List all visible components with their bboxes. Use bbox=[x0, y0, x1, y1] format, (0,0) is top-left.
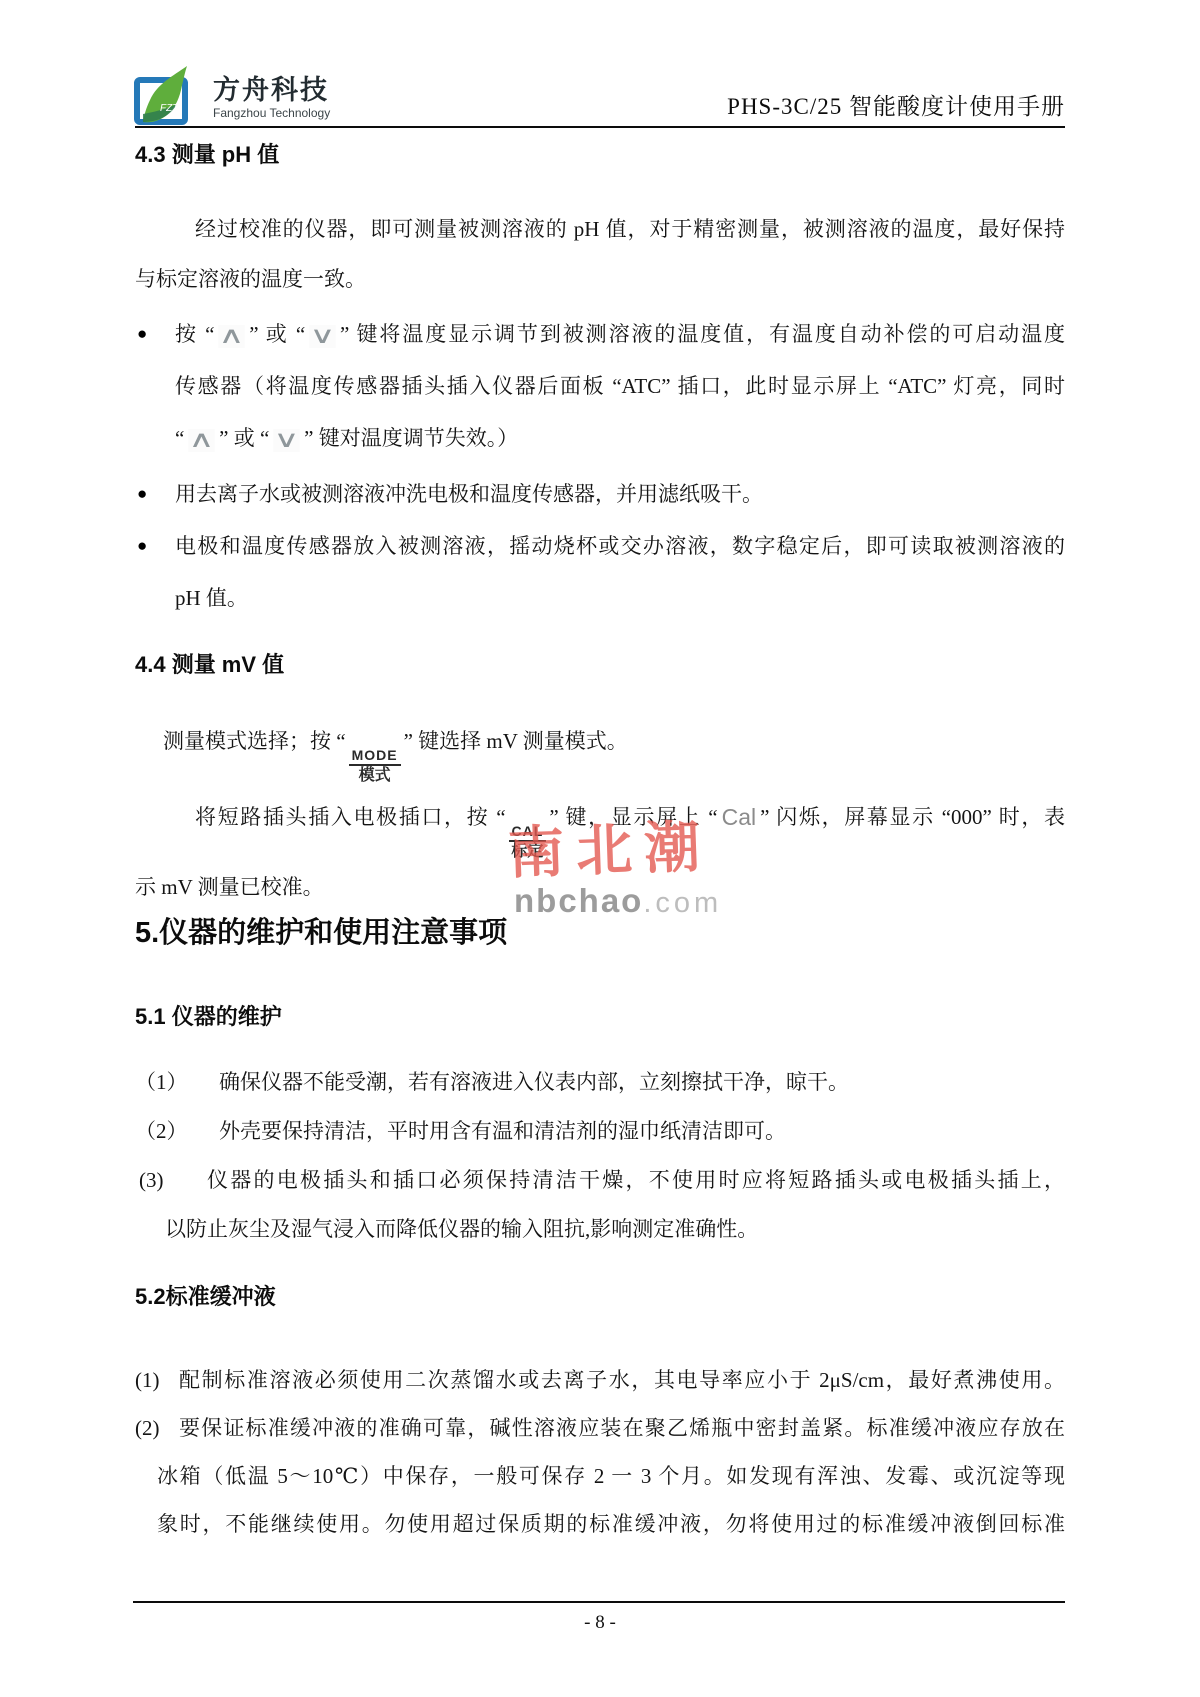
item-text: 要保证标准缓冲液的准确可靠，碱性溶液应装在聚乙烯瓶中密封盖紧。标准缓冲液应存放在 bbox=[179, 1404, 1065, 1452]
section-4-3-heading: 4.3 测量 pH 值 bbox=[135, 138, 279, 169]
item-number: （2） bbox=[135, 1107, 219, 1156]
paragraph-text: ” 键选择 mV 测量模式。 bbox=[404, 729, 628, 753]
numbered-item: （2） 外壳要保持清洁，平时用含有温和清洁剂的湿巾纸清洁即可。 bbox=[135, 1107, 1065, 1156]
bullet-item: ● 用去离子水或被测溶液冲洗电极和温度传感器，并用滤纸吸干。 bbox=[135, 468, 1065, 520]
bullet-text: ” 或 “ bbox=[219, 426, 269, 450]
logo-leaf-icon: FZT bbox=[133, 64, 205, 134]
logo-company-subtitle: Fangzhou Technology bbox=[213, 106, 330, 120]
item-text: 以防止灰尘及湿气浸入而降低仪器的输入阻抗,影响测定准确性。 bbox=[135, 1205, 1065, 1254]
item-number: (2) bbox=[135, 1404, 179, 1452]
bullet-item: ● 电极和温度传感器放入被测溶液，摇动烧杯或交办溶液，数字稳定后，即可读取被测溶… bbox=[135, 520, 1065, 624]
section-5-heading: 5.仪器的维护和使用注意事项 bbox=[135, 910, 507, 951]
up-key-icon: ∧ bbox=[189, 429, 215, 452]
mode-key-label-cn: 模式 bbox=[359, 766, 391, 786]
numbered-item: (1) 配制标准溶液必须使用二次蒸馏水或去离子水，其电导率应小于 2μS/cm，… bbox=[135, 1356, 1065, 1404]
paragraph-text: 测量模式选择；按 “ bbox=[163, 729, 346, 753]
item-text: 外壳要保持清洁，平时用含有温和清洁剂的湿巾纸清洁即可。 bbox=[219, 1107, 1065, 1156]
section-5-1-heading: 5.1 仪器的维护 bbox=[135, 1000, 282, 1031]
cal-key: CAL标定 bbox=[509, 824, 547, 862]
paragraph-line: 与标定溶液的温度一致。 bbox=[135, 254, 1065, 304]
paragraph-line: 示 mV 测量已校准。 bbox=[135, 862, 1065, 912]
item-number: （1） bbox=[135, 1058, 219, 1107]
bullet-text: 按 “ bbox=[175, 322, 214, 346]
numbered-item: (2) 要保证标准缓冲液的准确可靠，碱性溶液应装在聚乙烯瓶中密封盖紧。标准缓冲液… bbox=[135, 1404, 1065, 1452]
fangzhou-logo: FZT 方舟科技 Fangzhou Technology bbox=[133, 64, 330, 134]
footer-divider bbox=[133, 1601, 1065, 1603]
bullet-text: 用去离子水或被测溶液冲洗电极和温度传感器，并用滤纸吸干。 bbox=[175, 468, 1065, 520]
up-key-icon: ∧ bbox=[219, 325, 245, 348]
bullet-text: pH 值。 bbox=[175, 572, 1065, 624]
bullet-text: ” 键对温度调节失效。） bbox=[304, 426, 518, 450]
bullet-text: 传感器（将温度传感器插头插入仪器后面板 “ATC” 插口，此时显示屏上 “ATC… bbox=[175, 360, 1065, 412]
logo-company-name: 方舟科技 bbox=[213, 76, 330, 104]
item-number: (3) bbox=[135, 1156, 207, 1205]
bullet-dot-icon: ● bbox=[137, 468, 147, 520]
bullet-text: ” 或 “ bbox=[249, 322, 305, 346]
paragraph-text: ” 闪烁，屏幕显示 “000” 时，表 bbox=[760, 805, 1065, 829]
page-number: - 8 - bbox=[0, 1612, 1200, 1634]
paragraph-line: 经过校准的仪器，即可测量被测溶液的 pH 值，对于精密测量，被测溶液的温度，最好… bbox=[135, 204, 1065, 254]
document-title: PHS-3C/25 智能酸度计使用手册 bbox=[727, 88, 1065, 121]
item-number: (1) bbox=[135, 1356, 179, 1404]
item-text: 冰箱（低温 5～10℃）中保存，一般可保存 2 一 3 个月。如发现有浑浊、发霉… bbox=[135, 1452, 1065, 1500]
numbered-item: (3) 仪器的电极插头和插口必须保持清洁干燥，不使用时应将短路插头或电极插头插上… bbox=[135, 1156, 1065, 1205]
down-key-icon: ∨ bbox=[274, 429, 300, 452]
cal-key-label-en: CAL bbox=[509, 824, 547, 842]
section-5-2-heading: 5.2标准缓冲液 bbox=[135, 1280, 276, 1311]
manual-page: FZT 方舟科技 Fangzhou Technology PHS-3C/25 智… bbox=[0, 0, 1200, 1697]
item-text: 确保仪器不能受潮，若有溶液进入仪表内部，立刻擦拭干净，晾干。 bbox=[219, 1058, 1065, 1107]
paragraph-text: ” 键，显示屏上 “ bbox=[549, 805, 717, 829]
bullet-item: ● 按 “∧” 或 “∨” 键将温度显示调节到被测溶液的温度值，有温度自动补偿的… bbox=[135, 308, 1065, 464]
down-key-icon: ∨ bbox=[310, 325, 336, 348]
logo-fzt-text: FZT bbox=[160, 103, 179, 114]
cal-display-text: Cal bbox=[722, 804, 757, 830]
mode-key-label-en: MODE bbox=[349, 748, 401, 766]
bullet-text: 电极和温度传感器放入被测溶液，摇动烧杯或交办溶液，数字稳定后，即可读取被测溶液的 bbox=[175, 520, 1065, 572]
header-divider bbox=[135, 126, 1065, 128]
item-text: 仪器的电极插头和插口必须保持清洁干燥，不使用时应将短路插头或电极插头插上， bbox=[207, 1156, 1065, 1205]
bullet-text: ” 键将温度显示调节到被测溶液的温度值，有温度自动补偿的可启动温度 bbox=[340, 322, 1065, 346]
item-text: 配制标准溶液必须使用二次蒸馏水或去离子水，其电导率应小于 2μS/cm，最好煮沸… bbox=[179, 1356, 1065, 1404]
cal-key-label-cn: 标定 bbox=[511, 842, 543, 862]
paragraph-text: 将短路插头插入电极插口，按 “ bbox=[195, 805, 506, 829]
mode-key: MODE模式 bbox=[349, 748, 401, 786]
bullet-dot-icon: ● bbox=[137, 308, 147, 360]
numbered-item: （1） 确保仪器不能受潮，若有溶液进入仪表内部，立刻擦拭干净，晾干。 bbox=[135, 1058, 1065, 1107]
bullet-dot-icon: ● bbox=[137, 520, 147, 572]
section-4-4-heading: 4.4 测量 mV 值 bbox=[135, 648, 284, 679]
bullet-text: “ bbox=[175, 426, 184, 450]
item-text: 象时，不能继续使用。勿使用超过保质期的标准缓冲液，勿将使用过的标准缓冲液倒回标准 bbox=[135, 1500, 1065, 1548]
